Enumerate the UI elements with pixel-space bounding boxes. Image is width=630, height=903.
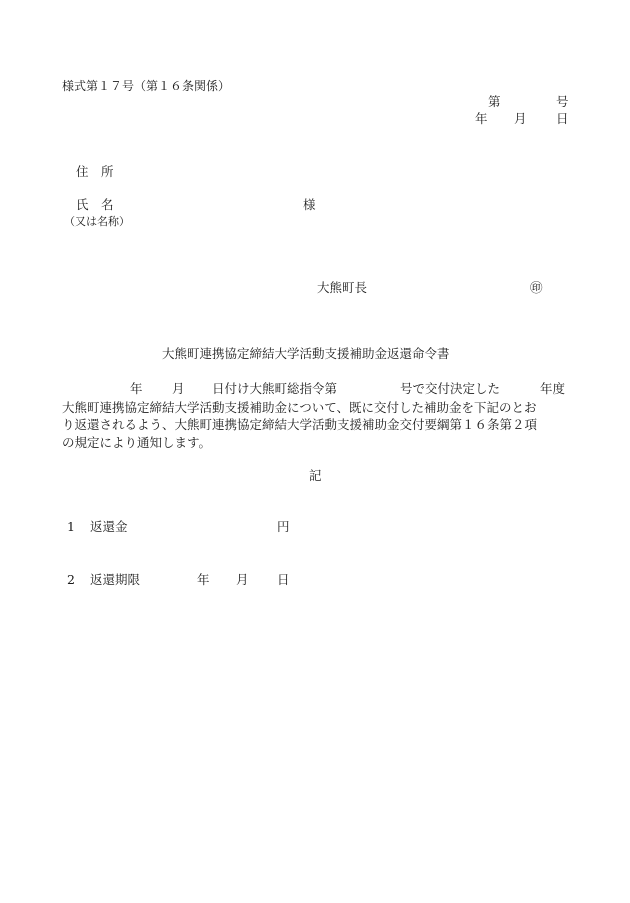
body-year: 年	[130, 383, 143, 396]
body-line-2: 大熊町連携協定締結大学活動支援補助金について、既に交付した補助金を下記のとお	[62, 399, 572, 417]
body-line-3: り返還されるよう、大熊町連携協定締結大学活動支援補助金交付要綱第１６条第２項	[62, 416, 572, 434]
item-1-unit: 円	[277, 521, 290, 534]
item-1-label: 返還金	[90, 521, 128, 534]
body-line-1: 年 月 日付け大熊町総指令第 号で交付決定した 年度	[62, 381, 572, 399]
seal-icon: ㊞	[530, 282, 543, 295]
body-fiscal-year: 年度	[540, 383, 565, 396]
document-title: 大熊町連携協定締結大学活動支援補助金返還命令書	[162, 348, 450, 361]
issue-date-month: 月	[514, 113, 527, 126]
form-number: 様式第１７号（第１６条関係）	[62, 80, 230, 92]
name-label: 氏 名	[76, 199, 114, 212]
item-1-number: 1	[67, 521, 75, 534]
ki-label: 記	[309, 470, 322, 483]
body-line-4: の規定により通知します。	[62, 434, 572, 452]
issuer-title: 大熊町長	[317, 282, 367, 295]
name-sub-label: （又は名称）	[64, 216, 130, 227]
body-month: 月	[172, 383, 185, 396]
body-order-text: 日付け大熊町総指令第	[212, 383, 337, 396]
item-2-number: 2	[67, 574, 75, 587]
body-decision-text: 号で交付決定した	[400, 383, 500, 396]
item-2-day: 日	[277, 574, 290, 587]
honorific-sama: 様	[303, 199, 316, 212]
address-label: 住 所	[76, 166, 114, 179]
item-2-year: 年	[197, 574, 210, 587]
issue-date-year: 年	[475, 113, 488, 126]
issue-date-day: 日	[556, 113, 569, 126]
body-paragraph: 年 月 日付け大熊町総指令第 号で交付決定した 年度 大熊町連携協定締結大学活動…	[62, 381, 572, 451]
item-2-month: 月	[236, 574, 249, 587]
document-no-go: 号	[556, 96, 569, 109]
document-no-dai: 第	[488, 96, 501, 109]
item-2-label: 返還期限	[90, 574, 140, 587]
